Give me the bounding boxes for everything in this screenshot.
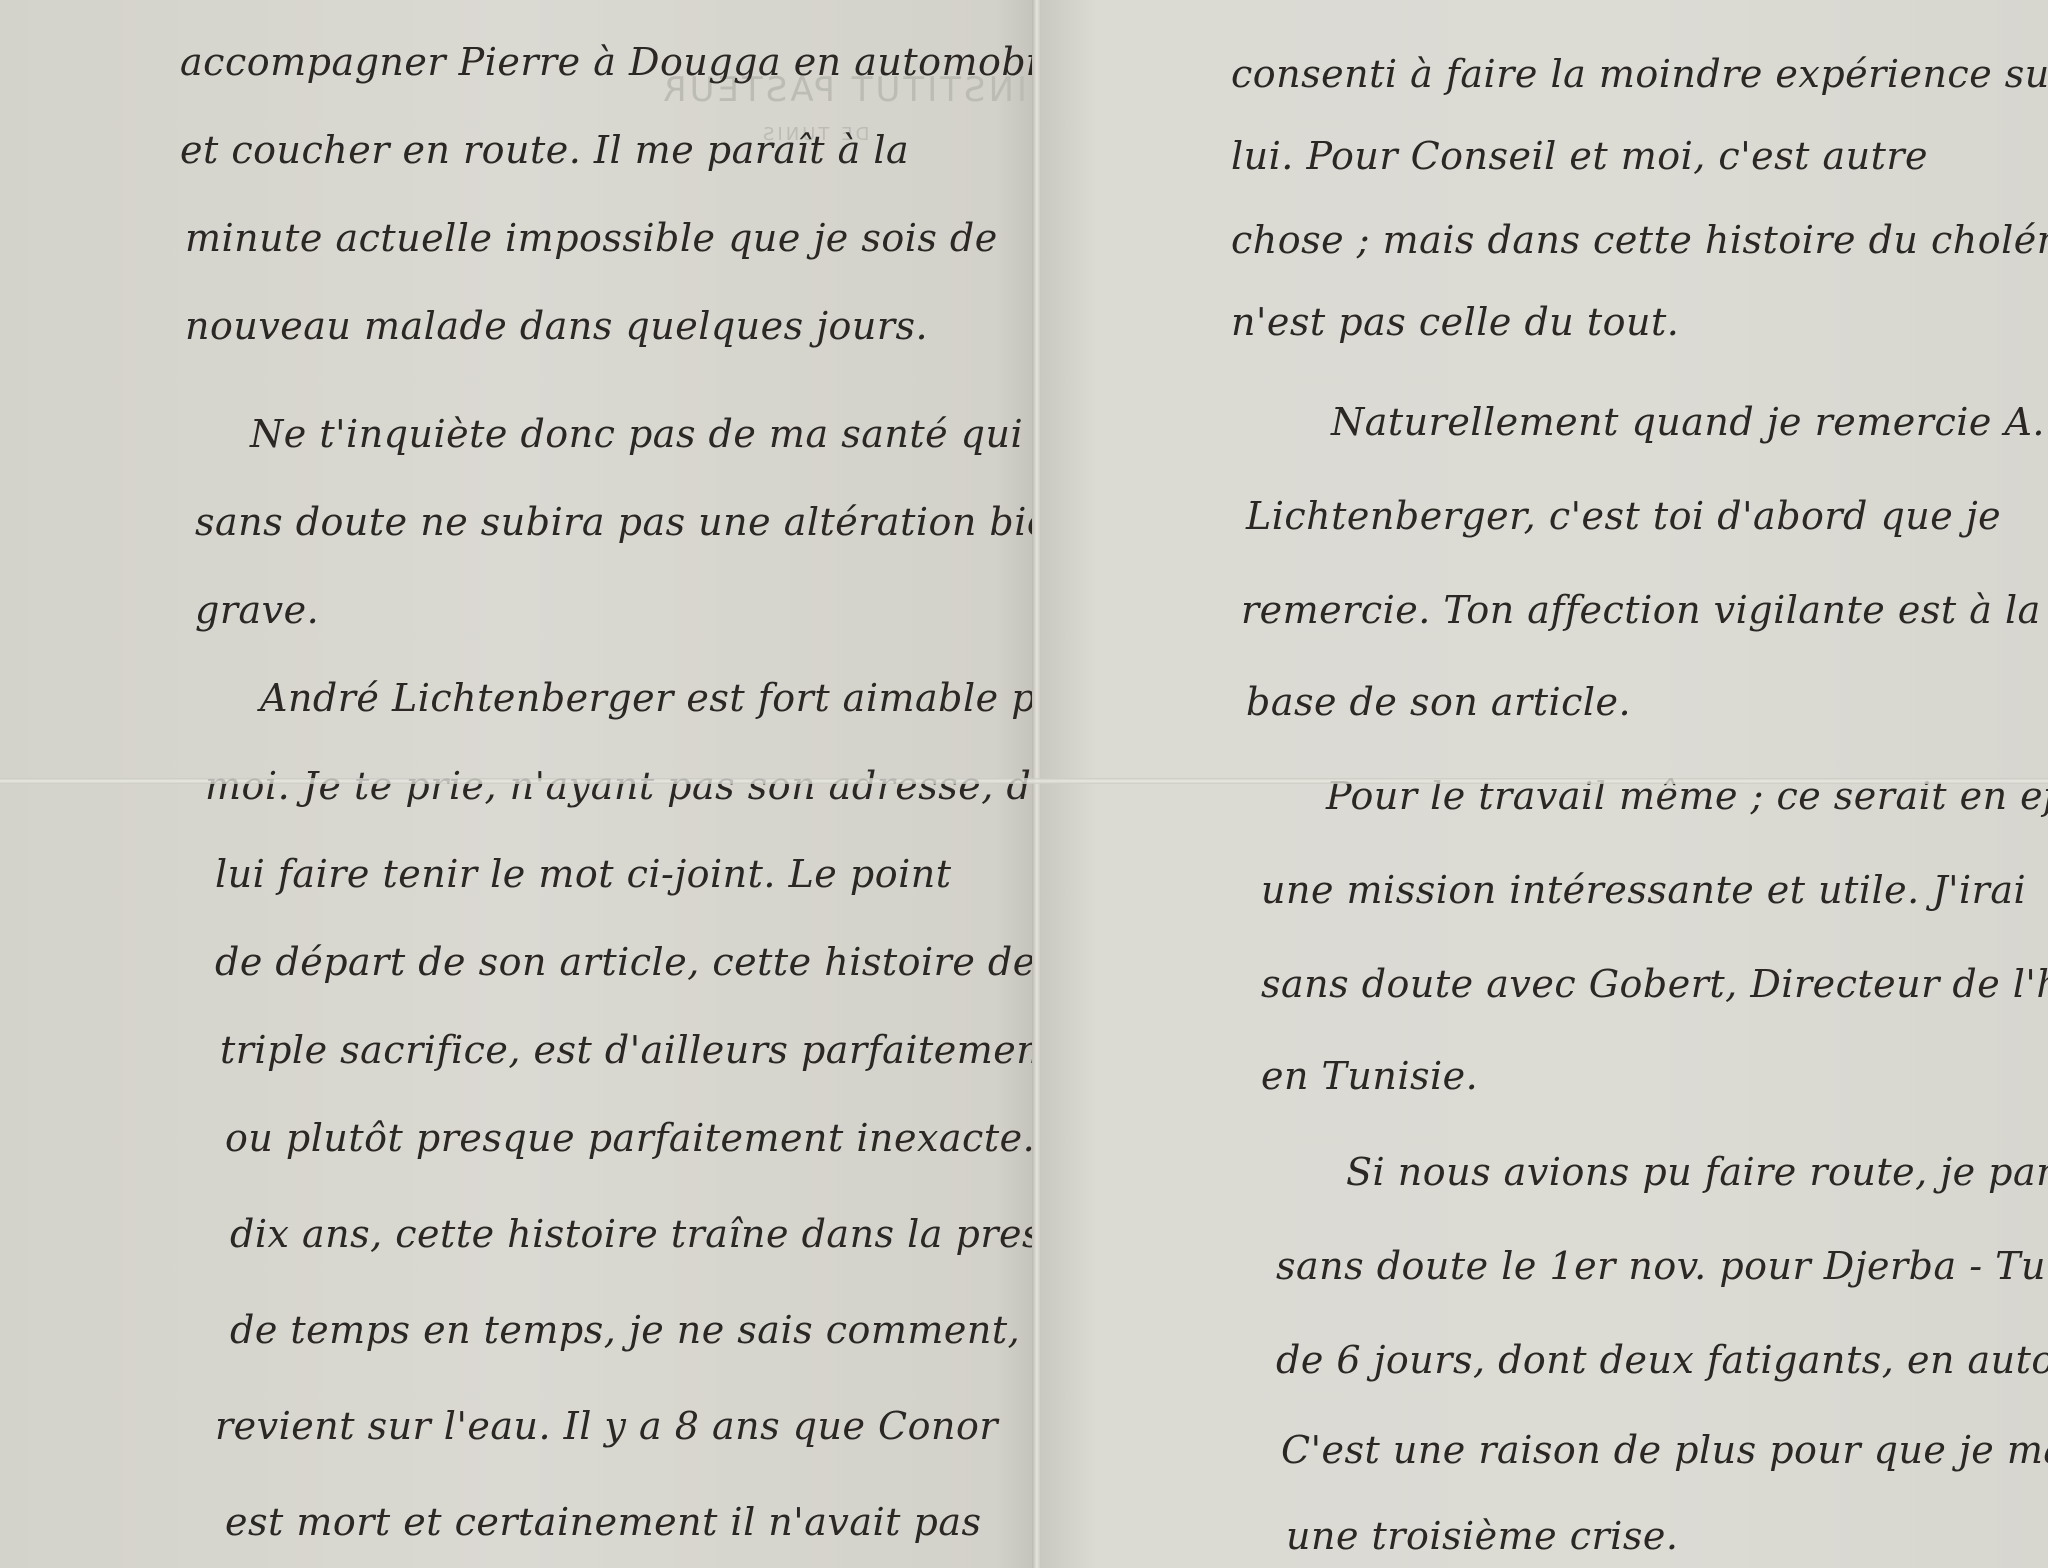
handwritten-line: n'est pas celle du tout. (1231, 300, 1679, 344)
handwritten-line: Naturellement quand je remercie A. (1331, 400, 2045, 444)
handwritten-line: de 6 jours, dont deux fatigants, en auto… (1276, 1338, 2048, 1382)
handwritten-line: sans doute avec Gobert, Directeur de l'h… (1261, 962, 2048, 1006)
handwritten-line: de temps en temps, je ne sais comment, e… (230, 1308, 1036, 1352)
handwritten-line: sans doute ne subira pas une altération … (195, 500, 1036, 544)
handwritten-line: accompagner Pierre à Dougga en automobil… (180, 40, 1036, 84)
handwritten-line: lui. Pour Conseil et moi, c'est autre (1231, 134, 1928, 178)
right-page: consenti à faire la moindre expérience s… (1036, 0, 2048, 1568)
handwritten-line: Si nous avions pu faire route, je partir… (1346, 1150, 2048, 1194)
handwritten-line: Lichtenberger, c'est toi d'abord que je (1246, 494, 2001, 538)
left-page: INSTITUT PASTEUR DE TUNIS accompagner Pi… (0, 0, 1036, 1568)
letter-spread: INSTITUT PASTEUR DE TUNIS accompagner Pi… (0, 0, 2048, 1568)
handwritten-line: C'est une raison de plus pour que je man… (1281, 1428, 2048, 1472)
handwritten-line: Ne t'inquiète donc pas de ma santé qui (250, 412, 1023, 456)
horizontal-fold-crease (0, 778, 2048, 784)
center-fold (1032, 0, 1040, 1568)
handwritten-line: moi. Je te prie, n'ayant pas son adresse… (205, 764, 1036, 808)
handwritten-line: en Tunisie. (1261, 1054, 1478, 1098)
handwritten-line: une troisième crise. (1286, 1514, 1678, 1558)
handwritten-line: remercie. Ton affection vigilante est à … (1241, 588, 2041, 632)
handwritten-line: triple sacrifice, est d'ailleurs parfait… (220, 1028, 1036, 1072)
handwritten-line: de départ de son article, cette histoire… (215, 940, 1036, 984)
handwritten-line: minute actuelle impossible que je sois d… (185, 216, 998, 260)
handwritten-line: lui faire tenir le mot ci-joint. Le poin… (215, 852, 951, 896)
handwritten-line: consenti à faire la moindre expérience s… (1231, 52, 2048, 96)
handwritten-line: et coucher en route. Il me paraît à la (180, 128, 909, 172)
handwritten-line: ou plutôt presque parfaitement inexacte.… (225, 1116, 1036, 1160)
handwritten-line: revient sur l'eau. Il y a 8 ans que Cono… (215, 1404, 998, 1448)
handwritten-line: une mission intéressante et utile. J'ira… (1261, 868, 2026, 912)
handwritten-line: André Lichtenberger est fort aimable pou… (260, 676, 1036, 720)
handwritten-line: grave. (195, 588, 319, 632)
handwritten-line: dix ans, cette histoire traîne dans la p… (230, 1212, 1036, 1256)
handwritten-line: sans doute le 1er nov. pour Djerba - Tun… (1276, 1244, 2048, 1288)
handwritten-line: est mort et certainement il n'avait pas (225, 1500, 982, 1544)
handwritten-line: chose ; mais dans cette histoire du chol… (1231, 218, 2048, 262)
handwritten-line: base de son article. (1246, 680, 1631, 724)
handwritten-line: nouveau malade dans quelques jours. (185, 304, 928, 348)
